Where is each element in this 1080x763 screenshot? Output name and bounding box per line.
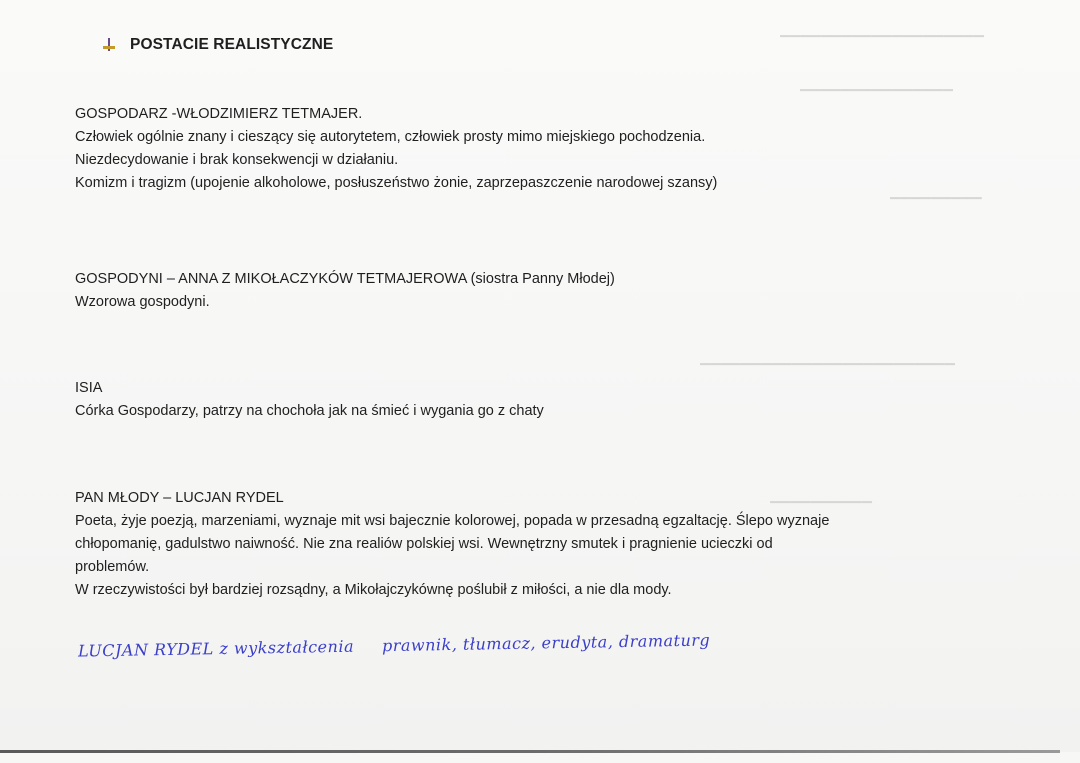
character-description: Niezdecydowanie i brak konsekwencji w dz… — [75, 149, 717, 172]
character-description: Komizm i tragizm (upojenie alkoholowe, p… — [75, 172, 717, 195]
character-description: Poeta, żyje poezją, marzeniami, wyznaje … — [75, 510, 829, 533]
scanned-page: ▁▁▁▁▁▁▁▁▁▁▁▁▁▁▁▁▁▁▁▁ ▁▁▁▁▁▁▁▁▁▁▁▁▁▁▁ ▁▁▁… — [0, 0, 1080, 752]
character-description: problemów. — [75, 556, 829, 579]
character-description: W rzeczywistości był bardziej rozsądny, … — [75, 579, 829, 602]
character-description: chłopomanię, gadulstwo naiwność. Nie zna… — [75, 533, 829, 556]
character-name: GOSPODARZ -WŁODZIMIERZ TETMAJER. — [75, 103, 717, 126]
handwritten-note-part: prawnik, tłumacz, erudyta, dramaturg — [382, 630, 711, 655]
bleed-through-text: ▁▁▁▁▁▁▁▁▁▁▁▁▁▁▁ — [800, 76, 953, 92]
pushpin-icon — [102, 37, 116, 53]
character-gospodarz: GOSPODARZ -WŁODZIMIERZ TETMAJER. Człowie… — [75, 103, 717, 195]
character-gospodyni: GOSPODYNI – ANNA Z MIKOŁACZYKÓW TETMAJER… — [75, 268, 615, 314]
handwritten-note-part: LUCJAN RYDEL z wykształcenia — [78, 637, 354, 661]
character-pan-mlody: PAN MŁODY – LUCJAN RYDEL Poeta, żyje poe… — [75, 487, 829, 602]
section-title: POSTACIE REALISTYCZNE — [130, 36, 333, 54]
character-description: Córka Gospodarzy, patrzy na chochoła jak… — [75, 400, 544, 423]
character-description: Wzorowa gospodyni. — [75, 291, 615, 314]
page-bottom-edge — [0, 750, 1060, 753]
handwritten-note: LUCJAN RYDEL z wykształceniaprawnik, tłu… — [78, 630, 710, 660]
bleed-through-text: ▁▁▁▁▁▁▁▁▁▁▁▁▁▁▁▁▁▁▁▁ — [780, 22, 984, 38]
character-isia: ISIA Córka Gospodarzy, patrzy na chochoł… — [75, 377, 544, 423]
character-name: ISIA — [75, 377, 544, 400]
character-description: Człowiek ogólnie znany i cieszący się au… — [75, 126, 717, 149]
section-heading: POSTACIE REALISTYCZNE — [102, 36, 333, 54]
bleed-through-text: ▁▁▁▁▁▁▁▁▁ — [890, 184, 982, 200]
bleed-through-text: ▁▁▁▁▁▁▁▁▁▁▁▁▁▁▁▁▁▁▁▁▁▁▁▁▁ — [700, 350, 955, 366]
character-name: GOSPODYNI – ANNA Z MIKOŁACZYKÓW TETMAJER… — [75, 268, 615, 291]
character-name: PAN MŁODY – LUCJAN RYDEL — [75, 487, 829, 510]
